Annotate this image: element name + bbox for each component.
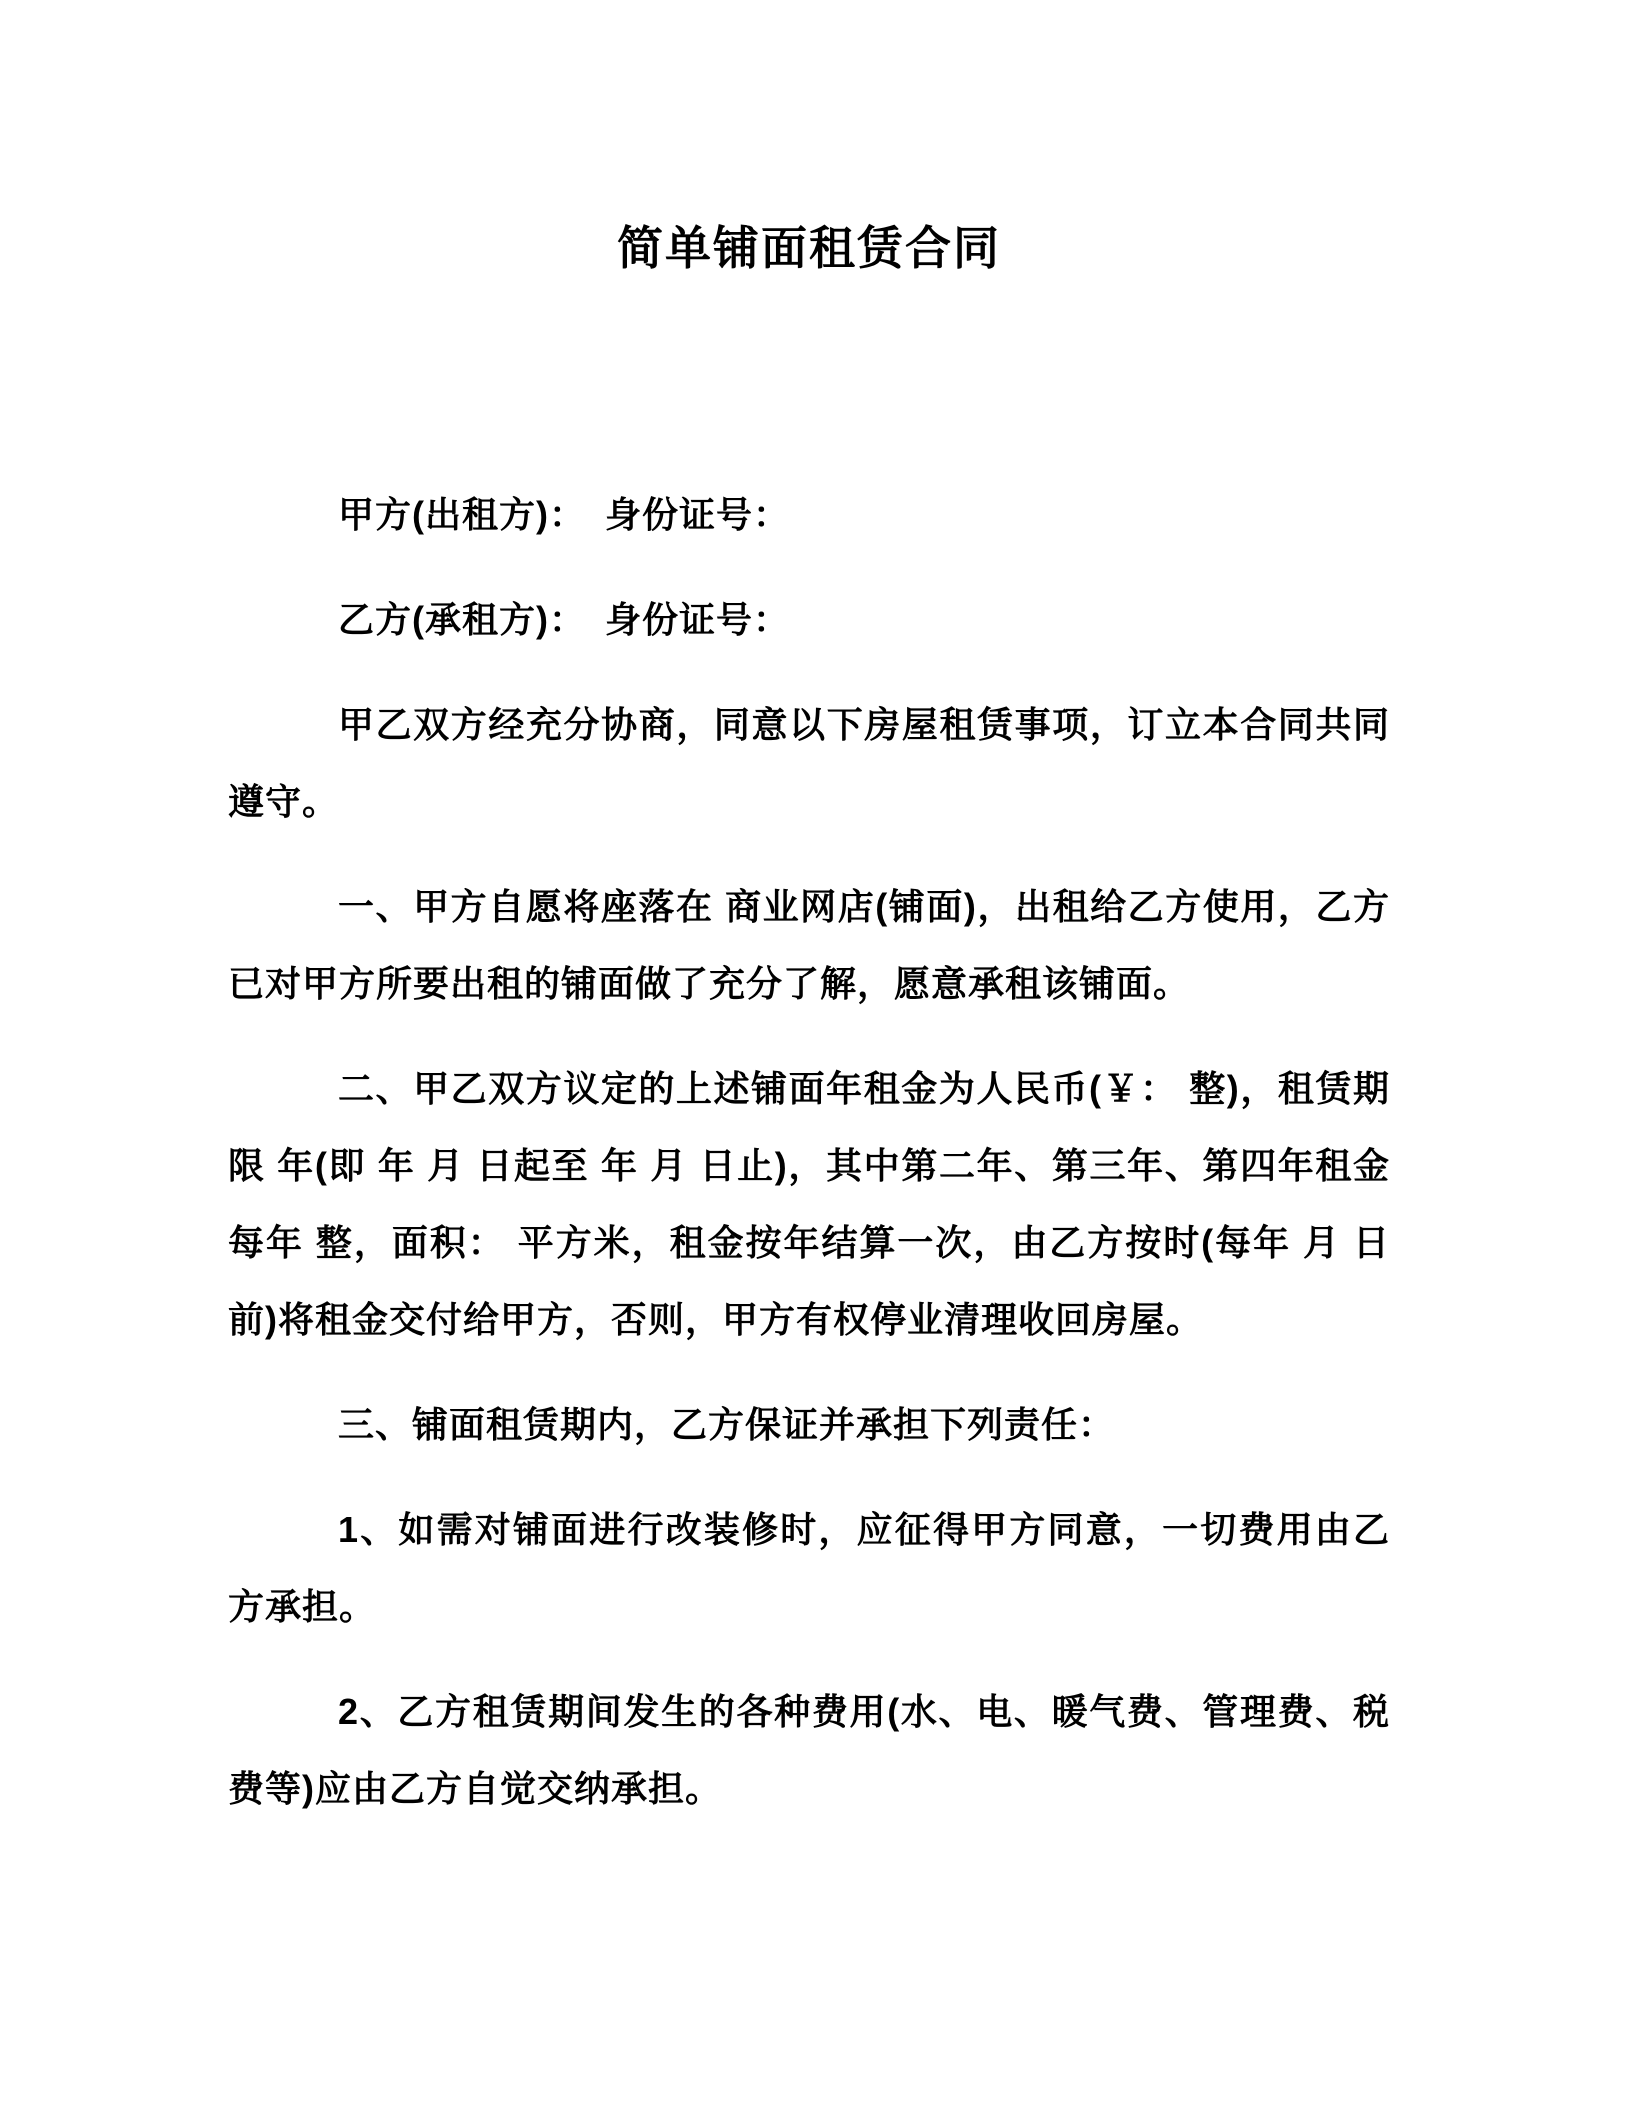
contract-page: 简单铺面租赁合同 甲方(出租方)： 身份证号： 乙方(承租方)： 身份证号： 甲…	[0, 0, 1632, 2112]
preamble-paragraph: 甲乙双方经充分协商，同意以下房屋租赁事项，订立本合同共同遵守。	[228, 686, 1390, 840]
party-a-line: 甲方(出租方)： 身份证号：	[228, 476, 1390, 553]
clause-three-item-1: 1、如需对铺面进行改装修时，应征得甲方同意，一切费用由乙方承担。	[228, 1491, 1390, 1645]
clause-three-item-2: 2、乙方租赁期间发生的各种费用(水、电、暖气费、管理费、税费等)应由乙方自觉交纳…	[228, 1673, 1390, 1827]
clause-one: 一、甲方自愿将座落在 商业网店(铺面)，出租给乙方使用，乙方已对甲方所要出租的铺…	[228, 868, 1390, 1022]
clause-three-heading: 三、铺面租赁期内，乙方保证并承担下列责任：	[228, 1386, 1390, 1463]
party-b-line: 乙方(承租方)： 身份证号：	[228, 581, 1390, 658]
document-title: 简单铺面租赁合同	[228, 0, 1390, 278]
clause-two: 二、甲乙双方议定的上述铺面年租金为人民币(￥： 整)，租赁期限 年(即 年 月 …	[228, 1050, 1390, 1358]
contract-content: 简单铺面租赁合同 甲方(出租方)： 身份证号： 乙方(承租方)： 身份证号： 甲…	[0, 0, 1632, 1827]
